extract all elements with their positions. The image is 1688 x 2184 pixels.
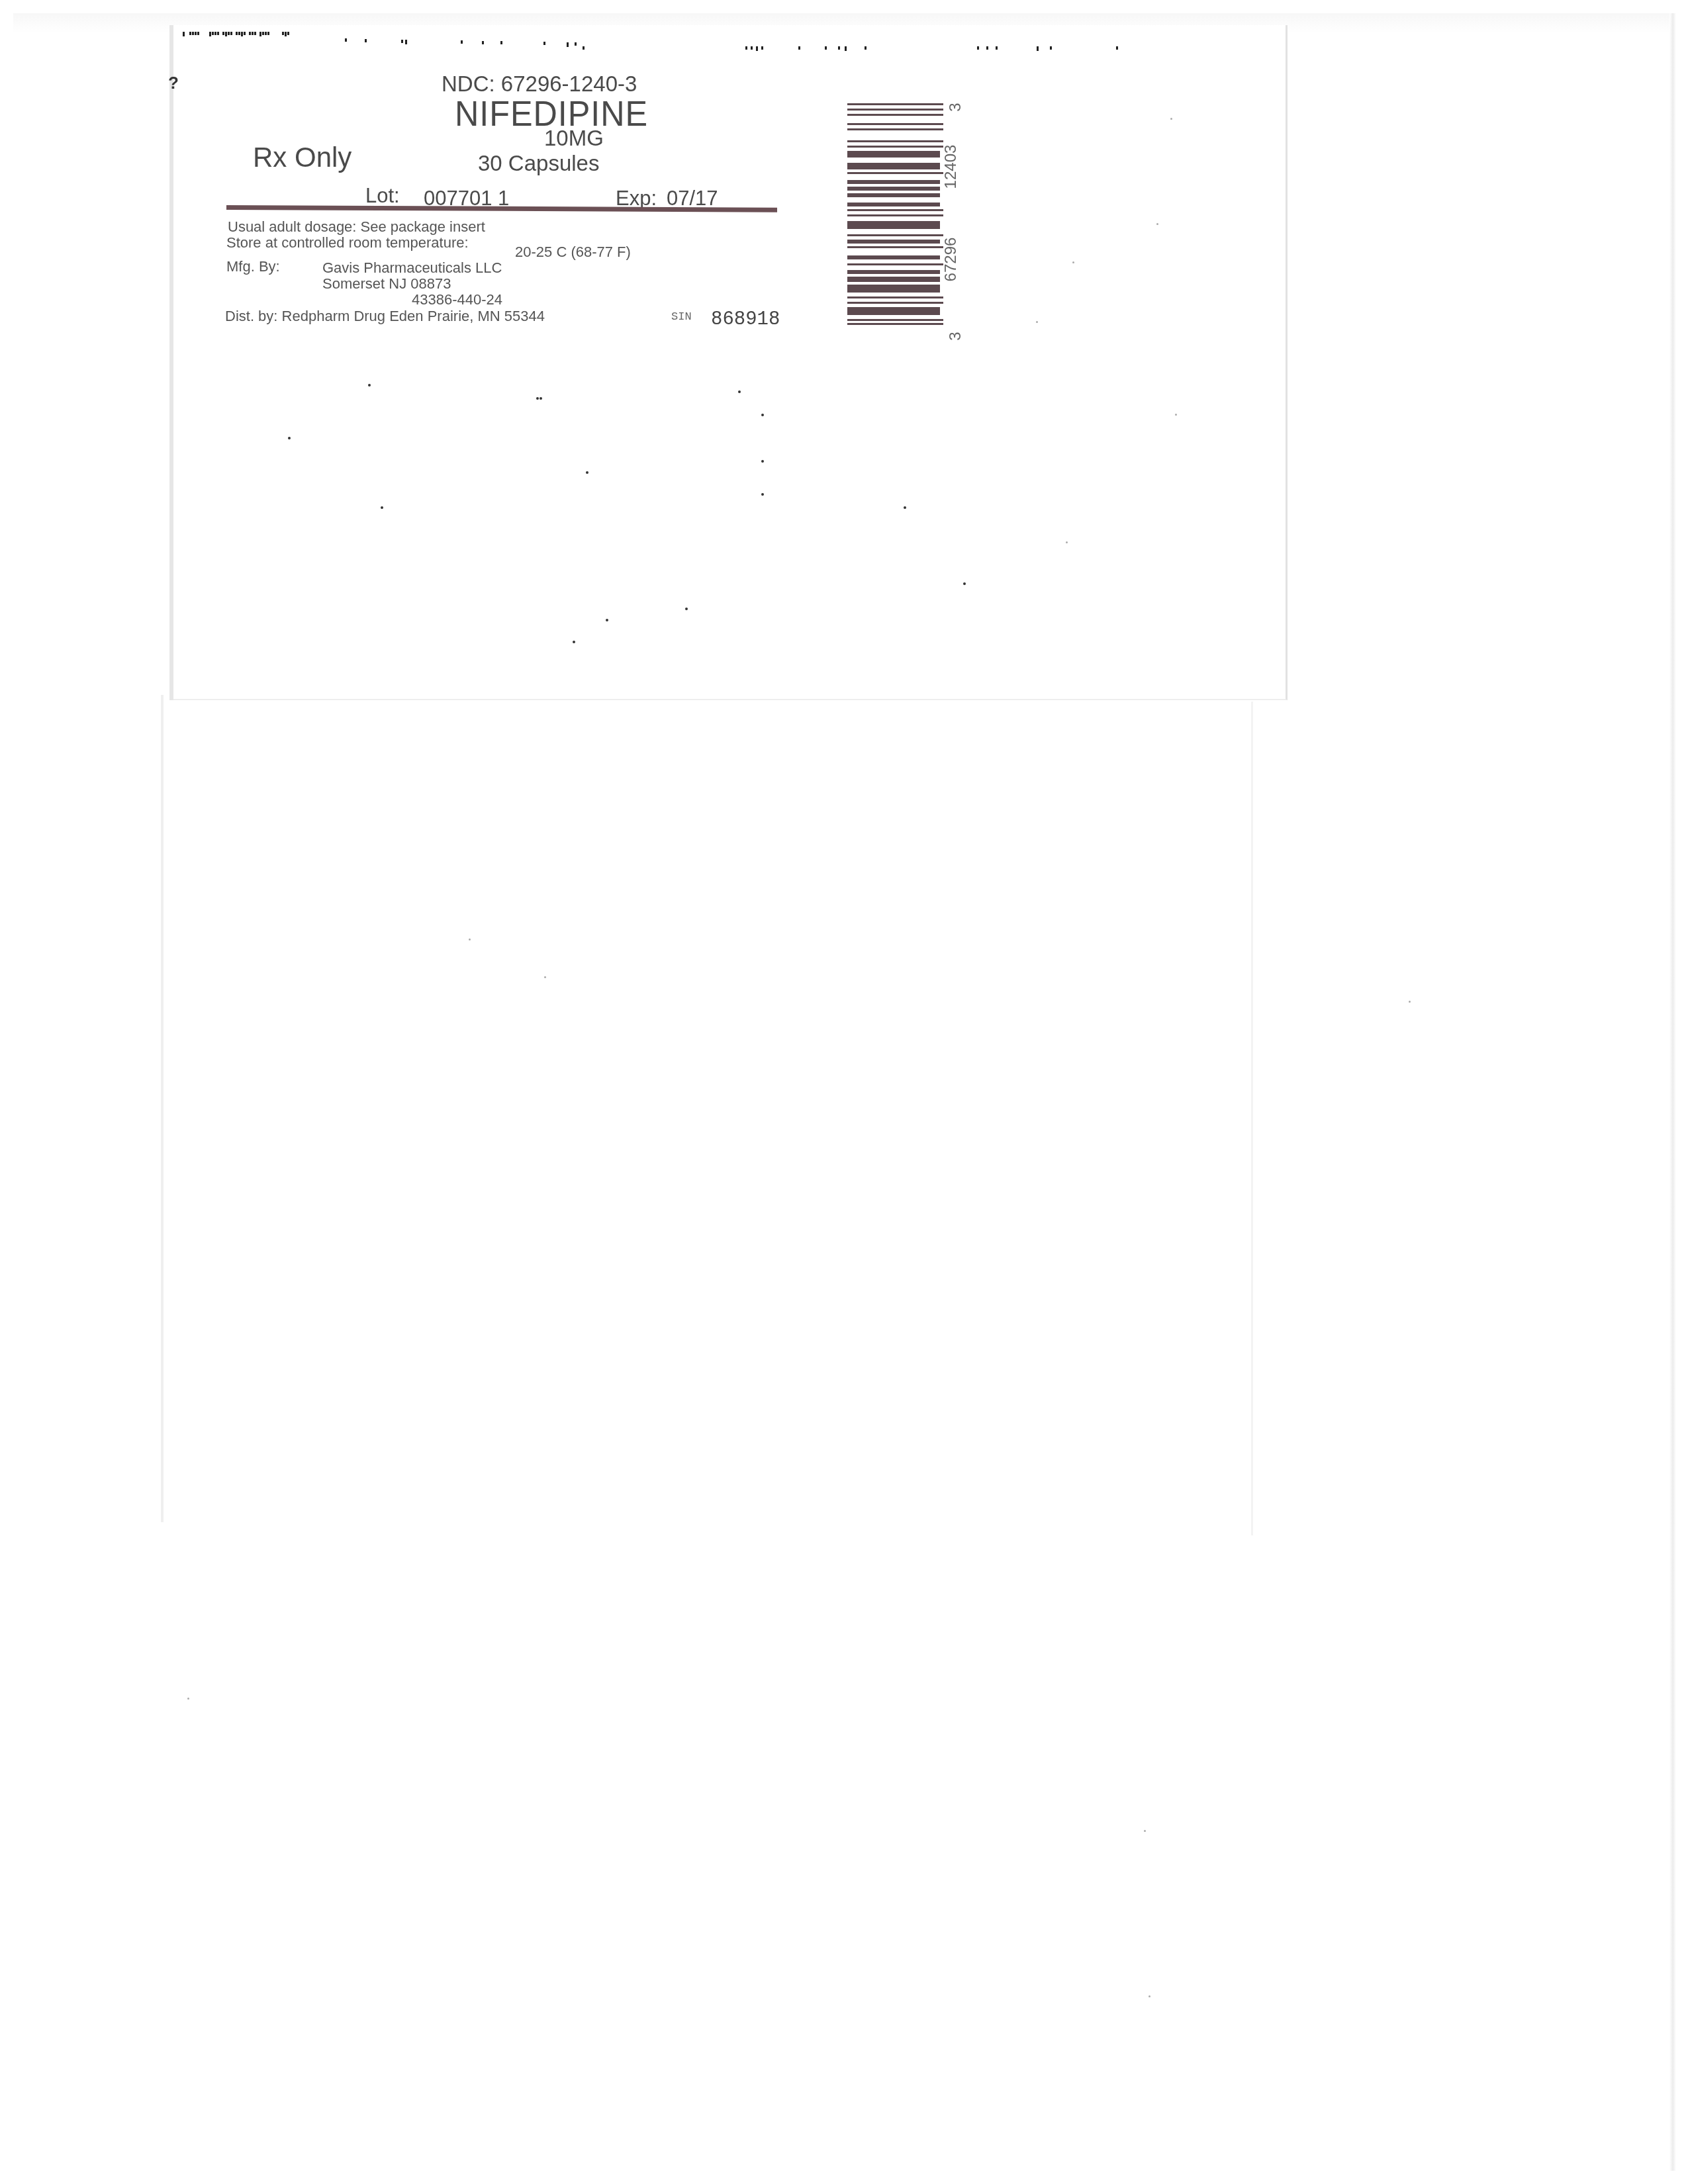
storage-text: Store at controlled room temperature: [226, 234, 469, 251]
upc-barcode [847, 103, 943, 318]
perforation-dot [192, 32, 194, 35]
scan-speck [288, 437, 291, 439]
rx-only: Rx Only [253, 142, 352, 173]
sin-value: 868918 [711, 308, 780, 330]
barcode-bar [847, 319, 943, 321]
scan-speck [685, 608, 688, 610]
barcode-digit-top: 3 [947, 103, 965, 111]
mfg-code: 43386-440-24 [412, 291, 502, 308]
drug-strength: 10MG [544, 126, 604, 151]
barcode-bar [847, 270, 940, 274]
scan-speck [761, 414, 764, 416]
perforation-dot [189, 32, 191, 35]
perforation-dot [285, 32, 287, 36]
barcode-bar [847, 246, 943, 248]
perforation-dot [254, 32, 256, 35]
scan-speck [381, 506, 383, 509]
perforation-dot [267, 32, 269, 35]
scan-speck [904, 506, 906, 509]
scan-speck [1175, 414, 1177, 416]
perforation-dot [1037, 46, 1039, 51]
perforation-dot [865, 46, 867, 50]
barcode-bar [847, 234, 943, 236]
edge-mark: ? [168, 73, 179, 93]
scan-speck [544, 976, 546, 978]
barcode-bar [847, 172, 943, 174]
scan-speck [469, 938, 471, 940]
scan-speck [187, 1698, 189, 1700]
perforation-dot [977, 46, 979, 50]
perforation-dot [212, 32, 214, 35]
dosage-text: Usual adult dosage: See package insert [228, 218, 485, 236]
mfg-label: Mfg. By: [226, 258, 280, 275]
scan-speck [539, 397, 542, 400]
perforation-dot [761, 46, 763, 50]
barcode-digits-group1: 12403 [942, 145, 961, 189]
barcode-bar [847, 180, 940, 184]
page-right-edge [1669, 13, 1676, 2171]
barcode-bar [847, 302, 943, 304]
perforation-dot [287, 32, 289, 35]
perforation-dot [230, 32, 232, 35]
perforation-dot [798, 46, 800, 50]
scan-speck [738, 390, 741, 393]
barcode-bar [847, 109, 943, 111]
perforation-dot [238, 32, 240, 35]
scan-speck [536, 397, 539, 400]
perforation-dot [195, 32, 197, 35]
perforation-dot [756, 46, 758, 51]
barcode-digit-bottom: 3 [947, 332, 965, 340]
barcode-bar [847, 203, 940, 206]
barcode-bar [847, 214, 943, 216]
scan-speck [963, 582, 966, 585]
scan-speck [1409, 1001, 1411, 1003]
perforation-dots [183, 29, 1242, 62]
barcode-bar [847, 146, 943, 148]
barcode-bar [847, 307, 940, 315]
perforation-dot [236, 32, 238, 35]
perforation-dot [249, 32, 251, 35]
lot-label: Lot: [365, 184, 400, 208]
scan-speck [573, 641, 575, 643]
perforation-dot [214, 32, 216, 35]
storage-temp: 20-25 C (68-77 F) [515, 244, 631, 261]
barcode-bar [847, 277, 940, 282]
barcode-bar [847, 221, 940, 229]
lower-sheet-edge-left [161, 695, 164, 1522]
perforation-dot [241, 32, 243, 36]
pharmacy-label: ? NDC: 67296-1240-3 NIFEDIPINE 10MG Rx O… [173, 25, 1288, 700]
mfg-address: Somerset NJ 08873 [322, 275, 451, 293]
perforation-dot [197, 32, 199, 35]
scan-speck [1072, 261, 1074, 263]
perforation-dot [183, 32, 185, 36]
perforation-dot [282, 32, 284, 35]
barcode-bar [847, 285, 940, 293]
perforation-dot [461, 40, 463, 44]
barcode-digits-group2: 67296 [942, 238, 961, 282]
barcode-bar [847, 163, 940, 169]
mfg-name: Gavis Pharmaceuticals LLC [322, 259, 502, 277]
perforation-dot [405, 40, 407, 44]
ndc-number: NDC: 67296-1240-3 [442, 71, 637, 97]
perforation-dot [259, 32, 261, 36]
perforation-dot [217, 32, 219, 35]
perforation-dot [838, 46, 840, 50]
barcode-bar [847, 296, 943, 298]
scan-speck [1170, 118, 1172, 120]
perforation-dot [244, 32, 246, 35]
perforation-dot [222, 32, 224, 35]
perforation-dot [500, 41, 502, 44]
barcode-bar [847, 103, 943, 105]
lower-sheet-edge-right [1251, 702, 1253, 1535]
scan-speck [1156, 223, 1158, 225]
scan-speck [586, 471, 588, 474]
perforation-dot [575, 42, 577, 46]
perforation-dot [225, 32, 227, 36]
perforation-dot [1116, 46, 1118, 50]
scan-speck [1149, 1995, 1150, 1997]
perforation-dot [345, 38, 347, 42]
perforation-dot [401, 40, 403, 43]
barcode-bar [847, 240, 940, 244]
perforation-dot [228, 32, 230, 35]
barcode-bar [847, 209, 943, 211]
scan-speck [761, 460, 764, 463]
barcode-bar [847, 187, 940, 191]
perforation-dot [825, 46, 827, 50]
perforation-dot [986, 46, 988, 50]
barcode-bar [847, 151, 940, 158]
distributor: Dist. by: Redpharm Drug Eden Prairie, MN… [225, 308, 545, 325]
barcode-bar [847, 114, 943, 116]
barcode-bar [847, 323, 943, 325]
barcode-bar [847, 263, 943, 265]
perforation-dot [751, 46, 753, 50]
perforation-dot [845, 46, 847, 51]
perforation-dot [209, 32, 211, 36]
perforation-dot [745, 46, 747, 50]
perforation-dot [262, 32, 264, 35]
capsule-count: 30 Capsules [478, 151, 599, 176]
scan-speck [1144, 1830, 1146, 1832]
perforation-dot [365, 39, 367, 42]
barcode-bar [847, 193, 940, 197]
perforation-dot [996, 46, 998, 50]
perforation-dot [1050, 46, 1052, 50]
perforation-dot [252, 32, 254, 35]
perforation-dot [265, 32, 267, 35]
perforation-dot [482, 41, 484, 44]
perforation-dot [543, 42, 545, 45]
barcode-bar [847, 123, 943, 125]
scan-speck [1036, 321, 1038, 323]
scan-speck [606, 619, 608, 621]
scan-speck [368, 384, 371, 387]
barcode-bar [847, 128, 943, 130]
barcode-bar [847, 140, 943, 142]
scan-speck [1066, 541, 1068, 543]
perforation-dot [583, 46, 585, 50]
scan-speck [761, 493, 764, 496]
sin-label: SIN [671, 311, 692, 324]
perforation-dot [567, 42, 569, 47]
barcode-bar [847, 255, 940, 259]
